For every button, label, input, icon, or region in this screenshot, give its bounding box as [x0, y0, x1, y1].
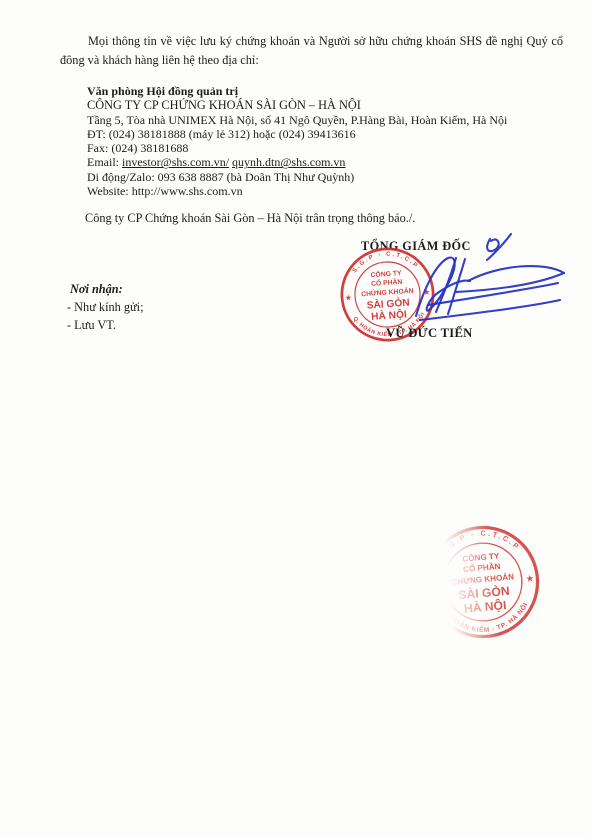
intro-paragraph-line-1: Mọi thông tin về việc lưu ký chứng khoán…: [60, 34, 563, 49]
contact-website[interactable]: Website: http://www.shs.com.vn: [87, 184, 507, 198]
contact-block: Văn phòng Hội đồng quản trị CÔNG TY CP C…: [87, 84, 507, 198]
contact-company-name: CÔNG TY CP CHỨNG KHOÁN SÀI GÒN – HÀ NỘI: [87, 98, 507, 112]
star-icon: ★: [525, 574, 535, 584]
email-link-quynh[interactable]: quynh.dtn@shs.com.vn: [232, 155, 345, 169]
closing-line: Công ty CP Chứng khoán Sài Gòn – Hà Nội …: [85, 211, 415, 226]
recipients-label: Nơi nhận:: [67, 280, 144, 298]
contact-email-label: Email:: [87, 155, 122, 169]
signer-name: VŨ ĐỨC TIẾN: [386, 326, 473, 341]
email-link-investor[interactable]: investor@shs.com.vn/: [122, 155, 229, 169]
contact-mobile-zalo: Di động/Zalo: 093 638 8887 (bà Doãn Thị …: [87, 170, 507, 184]
signature-stroke: [456, 273, 564, 292]
recipients-item: - Lưu VT.: [67, 316, 144, 334]
signature-paraph-stroke: [487, 234, 511, 260]
contact-email-line: Email: investor@shs.com.vn/ quynh.dtn@sh…: [87, 155, 507, 169]
recipients-item: - Như kính gửi;: [67, 298, 144, 316]
intro-paragraph-line-2: đông và khách hàng liên hệ theo địa chỉ:: [60, 53, 259, 68]
handwritten-signature: [398, 228, 570, 328]
contact-fax: Fax: (024) 38181688: [87, 141, 507, 155]
company-seal-stamp-partial: S.G.P - C.T.C.P Q. HOÀN KIẾM - TP. HÀ NỘ…: [420, 519, 546, 645]
recipients-block: Nơi nhận: - Như kính gửi; - Lưu VT.: [67, 280, 144, 334]
contact-phone: ĐT: (024) 38181888 (máy lẻ 312) hoặc (02…: [87, 127, 507, 141]
contact-office-title: Văn phòng Hội đồng quản trị: [87, 84, 507, 98]
scanned-letter-page: Mọi thông tin về việc lưu ký chứng khoán…: [0, 0, 591, 838]
star-icon: ★: [431, 582, 441, 592]
star-icon: ★: [345, 294, 353, 302]
contact-address: Tầng 5, Tòa nhà UNIMEX Hà Nội, số 41 Ngô…: [87, 113, 507, 127]
